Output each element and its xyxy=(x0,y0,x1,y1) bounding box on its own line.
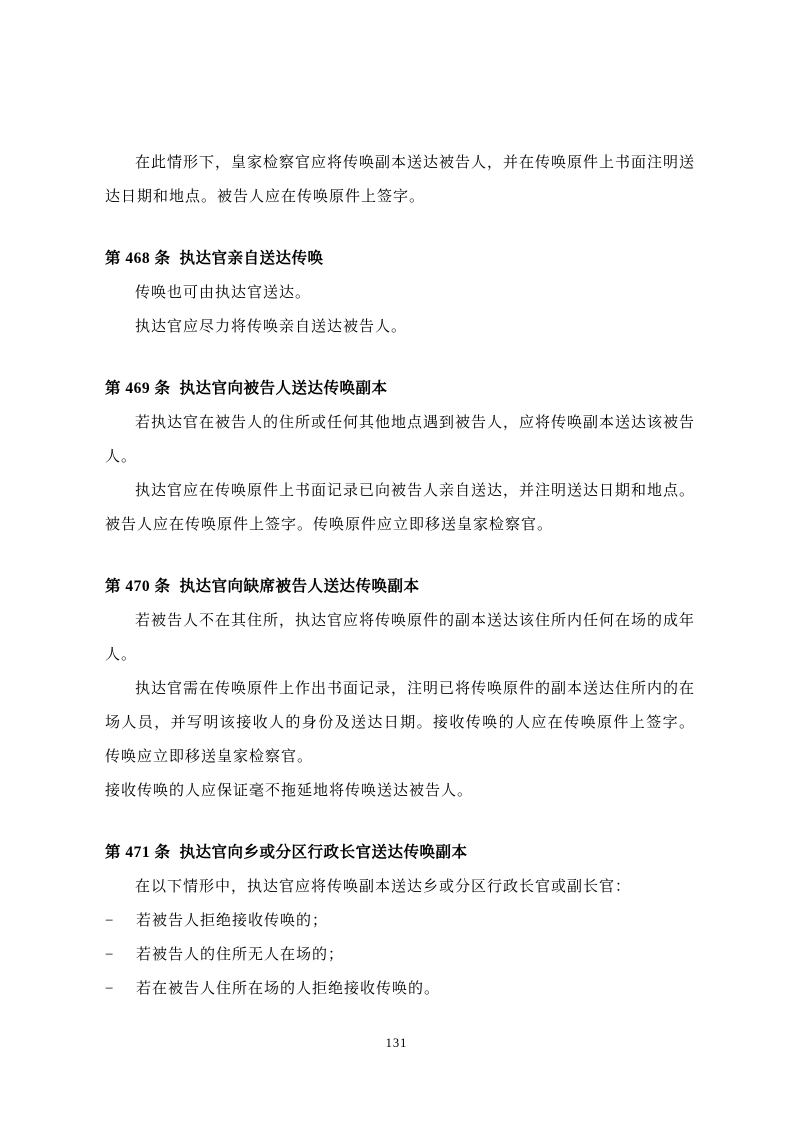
list-item: − 若被告人的住所无人在场的； xyxy=(105,938,695,972)
article-471: 第 471 条执达官向乡或分区行政长官送达传唤副本 在以下情形中，执达官应将传唤… xyxy=(105,835,695,1006)
dash-bullet: − xyxy=(105,938,136,972)
article-468-paragraph: 传唤也可由执达官送达。 xyxy=(105,276,695,310)
list-item-text: 若在被告人住所在场的人拒绝接收传唤的。 xyxy=(136,972,695,1006)
article-471-heading: 第 471 条执达官向乡或分区行政长官送达传唤副本 xyxy=(105,835,695,870)
document-page: 在此情形下，皇家检察官应将传唤副本送达被告人，并在传唤原件上书面注明送达日期和地… xyxy=(0,0,793,1122)
article-470: 第 470 条执达官向缺席被告人送达传唤副本 若被告人不在其住所，执达官应将传唤… xyxy=(105,569,695,808)
article-471-paragraph: 在以下情形中，执达官应将传唤副本送达乡或分区行政长官或副长官： xyxy=(105,870,695,904)
article-468-heading: 第 468 条执达官亲自送达传唤 xyxy=(105,241,695,276)
article-468-paragraph: 执达官应尽力将传唤亲自送达被告人。 xyxy=(105,310,695,344)
article-471-title: 执达官向乡或分区行政长官送达传唤副本 xyxy=(180,844,468,861)
document-content: 在此情形下，皇家检察官应将传唤副本送达被告人，并在传唤原件上书面注明送达日期和地… xyxy=(105,146,695,1006)
article-470-paragraph: 执达官需在传唤原件上作出书面记录，注明已将传唤原件的副本送达住所内的在场人员，并… xyxy=(105,672,695,774)
article-470-flush-paragraph: 接收传唤的人应保证毫不拖延地将传唤送达被告人。 xyxy=(105,774,695,808)
article-471-number: 第 471 条 xyxy=(105,844,171,861)
article-469-number: 第 469 条 xyxy=(105,380,171,397)
list-item-text: 若被告人拒绝接收传唤的； xyxy=(136,904,695,938)
list-item: − 若在被告人住所在场的人拒绝接收传唤的。 xyxy=(105,972,695,1006)
article-470-paragraph: 若被告人不在其住所，执达官应将传唤原件的副本送达该住所内任何在场的成年人。 xyxy=(105,604,695,672)
article-470-number: 第 470 条 xyxy=(105,578,171,595)
dash-bullet: − xyxy=(105,904,136,938)
article-469-title: 执达官向被告人送达传唤副本 xyxy=(180,380,388,397)
intro-paragraph: 在此情形下，皇家检察官应将传唤副本送达被告人，并在传唤原件上书面注明送达日期和地… xyxy=(105,146,695,214)
article-470-title: 执达官向缺席被告人送达传唤副本 xyxy=(180,578,420,595)
list-item: − 若被告人拒绝接收传唤的； xyxy=(105,904,695,938)
page-number: 131 xyxy=(0,1036,793,1051)
list-item-text: 若被告人的住所无人在场的； xyxy=(136,938,695,972)
article-469-heading: 第 469 条执达官向被告人送达传唤副本 xyxy=(105,371,695,406)
article-468-number: 第 468 条 xyxy=(105,250,171,267)
article-468-title: 执达官亲自送达传唤 xyxy=(180,250,324,267)
article-470-heading: 第 470 条执达官向缺席被告人送达传唤副本 xyxy=(105,569,695,604)
article-469-paragraph: 若执达官在被告人的住所或任何其他地点遇到被告人，应将传唤副本送达该被告人。 xyxy=(105,406,695,474)
article-468: 第 468 条执达官亲自送达传唤 传唤也可由执达官送达。 执达官应尽力将传唤亲自… xyxy=(105,241,695,344)
article-469: 第 469 条执达官向被告人送达传唤副本 若执达官在被告人的住所或任何其他地点遇… xyxy=(105,371,695,542)
dash-bullet: − xyxy=(105,972,136,1006)
article-469-paragraph: 执达官应在传唤原件上书面记录已向被告人亲自送达，并注明送达日期和地点。被告人应在… xyxy=(105,474,695,542)
